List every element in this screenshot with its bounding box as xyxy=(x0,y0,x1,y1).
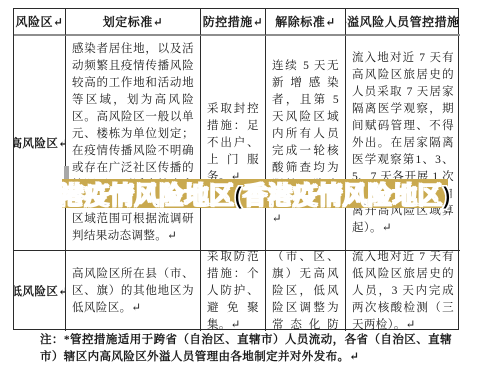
risk-zone-table: 风险区↵ 划定标准↵ 防控措施↵ 解除标准↵ 外溢风险人员管控措施*↵ 高风险区… xyxy=(13,8,459,330)
column-header-criteria: 划定标准↵ xyxy=(66,9,201,36)
column-header-spillover-control: 外溢风险人员管控措施*↵ xyxy=(346,9,460,36)
row-header-high-risk: 高风险区↵ xyxy=(14,36,66,251)
cell-low-risk-release: 所在县（市、区、旗）无高风险区，低风险区调整为常态化防控。↵ xyxy=(266,251,346,331)
cell-high-risk-release: 连续 5 天无新增感染者，且第 5 天风险区域内所有人员完成一轮核酸筛查均为阴性… xyxy=(266,36,346,251)
cell-high-risk-spillover: 流入地对近 7 天有高风险区旅居史的人员采取 7 天居家隔离医学观察，期间赋码管… xyxy=(346,36,460,251)
column-header-measures: 防控措施↵ xyxy=(201,9,266,36)
cell-high-risk-measures: 采取封控措施：足不出户、上门服务。↵ xyxy=(201,36,266,251)
cell-low-risk-criteria: 高风险区所在县（市、区、旗）的其他地区为低风险区。↵ xyxy=(66,251,201,331)
column-header-release: 解除标准↵ xyxy=(266,9,346,36)
column-header-risk-zone: 风险区↵ xyxy=(14,9,66,36)
cell-low-risk-measures: 采取防范措施：个人防护、避免聚集。↵ xyxy=(201,251,266,331)
row-header-low-risk: 低风险区↵ xyxy=(14,251,66,331)
page-title: 港疫情风险地区(香港疫情风险地区) xyxy=(62,179,448,208)
cell-low-risk-spillover: 流入地对近 7 天有低风险区旅居史的人员，3 天内完成两次核酸检测（三天两检）。… xyxy=(346,251,460,331)
footnote: 注：*管控措施适用于跨省（自治区、直辖市）人员流动，各省（自治区、直辖市）辖区内… xyxy=(40,332,452,366)
cell-high-risk-criteria: 感染者居住地，以及活动频繁且疫情传播风险较高的工作地和活动地等区域，划为高风险区… xyxy=(66,36,201,251)
